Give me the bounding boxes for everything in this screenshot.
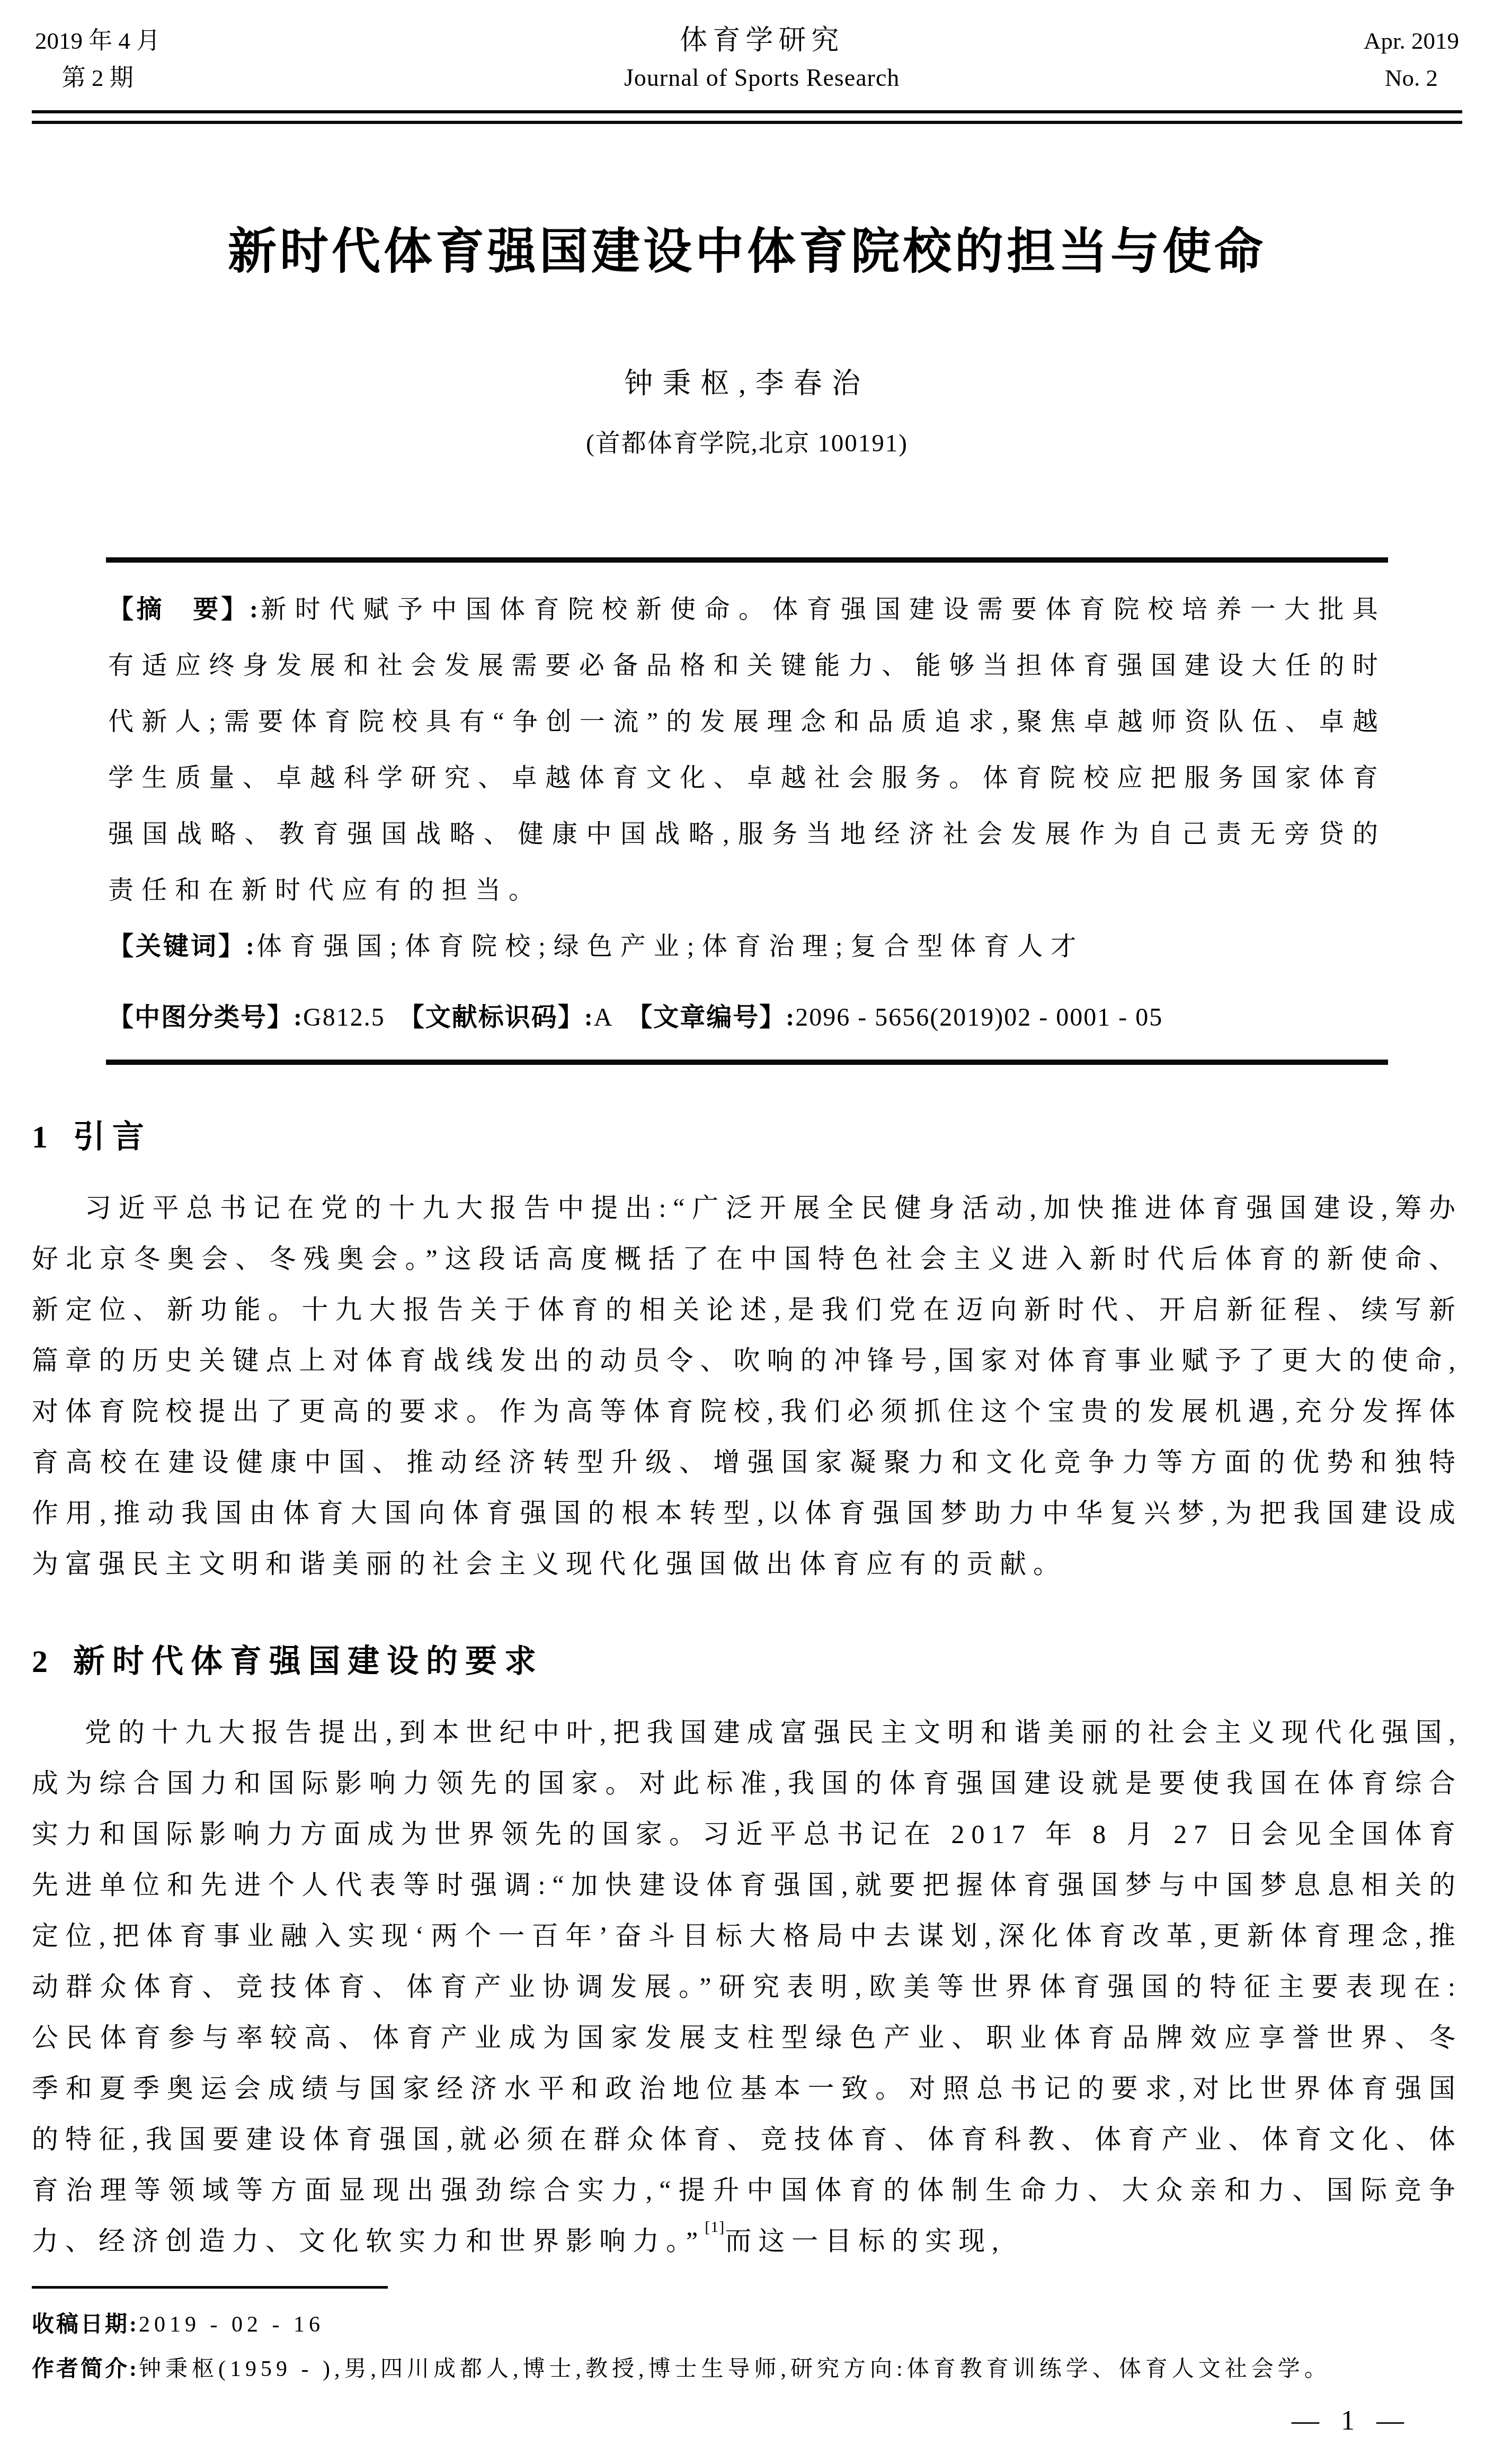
author-bio-value: 钟秉枢(1959 - ),男,四川成都人,博士,教授,博士生导师,研究方向:体育… [139, 2357, 1331, 2381]
classification-line: 【中图分类号】:G812.5【文献标识码】:A【文章编号】:2096 - 565… [108, 990, 1386, 1046]
article-no-label: 【文章编号】: [627, 1003, 795, 1031]
citation-marker: [1] [705, 2218, 725, 2236]
doc-code-label: 【文献标识码】: [399, 1003, 594, 1031]
section-1-title: 引言 [73, 1119, 152, 1154]
keywords-label: 【关键词】: [108, 932, 256, 960]
section-2-paragraph: 党的十九大报告提出,到本世纪中叶,把我国建成富强民主文明和谐美丽的社会主义现代化… [32, 1707, 1462, 2266]
page-number: — 1 — [32, 2405, 1462, 2436]
keywords-text: 体育强国;体育院校;绿色产业;体育治理;复合型体育人才 [256, 932, 1084, 960]
section-1-heading: 1引言 [32, 1113, 1462, 1161]
article-title: 新时代体育强国建设中体育院校的担当与使命 [32, 222, 1462, 281]
author-bio-label: 作者简介: [32, 2357, 139, 2381]
clc-value: G812.5 [303, 1003, 385, 1031]
header-issue-en: Apr. 2019 No. 2 [1364, 22, 1459, 96]
abstract-block: 【摘 要】:新时代赋予中国体育院校新使命。体育强国建设需要体育院校培养一大批具有… [106, 557, 1388, 1065]
received-date-line: 收稿日期:2019 - 02 - 16 [32, 2302, 1462, 2347]
doc-code-value: A [594, 1003, 613, 1031]
section-1-number: 1 [32, 1119, 48, 1154]
clc-label: 【中图分类号】: [108, 1003, 303, 1031]
issue-number-cn: 第 2 期 [35, 59, 160, 96]
article-authors: 钟秉枢,李春治 [32, 366, 1462, 401]
author-bio-line: 作者简介:钟秉枢(1959 - ),男,四川成都人,博士,教授,博士生导师,研究… [32, 2347, 1462, 2391]
issue-date-en: Apr. 2019 [1364, 22, 1459, 59]
article-affiliation: (首都体育学院,北京 100191) [32, 428, 1462, 459]
header-divider [32, 110, 1462, 124]
journal-name-block: 体育学研究 Journal of Sports Research [624, 22, 900, 96]
header-issue-cn: 2019 年 4 月 第 2 期 [35, 22, 160, 96]
journal-name-cn: 体育学研究 [624, 22, 900, 59]
issue-number-en: No. 2 [1364, 59, 1459, 96]
abstract-label: 【摘 要】: [108, 595, 260, 624]
received-date-label: 收稿日期: [32, 2312, 139, 2337]
section-2-text: 党的十九大报告提出,到本世纪中叶,把我国建成富强民主文明和谐美丽的社会主义现代化… [32, 1718, 1462, 2256]
article-no-value: 2096 - 5656(2019)02 - 0001 - 05 [795, 1003, 1163, 1031]
journal-page: 2019 年 4 月 第 2 期 体育学研究 Journal of Sports… [0, 0, 1494, 2464]
section-2-heading: 2新时代体育强国建设的要求 [32, 1637, 1462, 1686]
issue-date-cn: 2019 年 4 月 [35, 22, 160, 59]
received-date-value: 2019 - 02 - 16 [139, 2312, 324, 2337]
footnote-divider [32, 2286, 388, 2289]
keywords-paragraph: 【关键词】:体育强国;体育院校;绿色产业;体育治理;复合型体育人才 [108, 919, 1386, 975]
journal-header: 2019 年 4 月 第 2 期 体育学研究 Journal of Sports… [32, 22, 1462, 96]
section-2-title: 新时代体育强国建设的要求 [73, 1643, 544, 1679]
section-1-paragraph: 习近平总书记在党的十九大报告中提出:“广泛开展全民健身活动,加快推进体育强国建设… [32, 1182, 1462, 1589]
abstract-paragraph: 【摘 要】:新时代赋予中国体育院校新使命。体育强国建设需要体育院校培养一大批具有… [108, 582, 1386, 919]
journal-name-en: Journal of Sports Research [624, 59, 900, 96]
abstract-text: 新时代赋予中国体育院校新使命。体育强国建设需要体育院校培养一大批具有适应终身发展… [108, 595, 1386, 904]
page-footer: 收稿日期:2019 - 02 - 16 作者简介:钟秉枢(1959 - ),男,… [32, 2286, 1462, 2436]
section-2-text-tail: 而这一目标的实现, [725, 2226, 1006, 2256]
section-2-number: 2 [32, 1644, 48, 1679]
